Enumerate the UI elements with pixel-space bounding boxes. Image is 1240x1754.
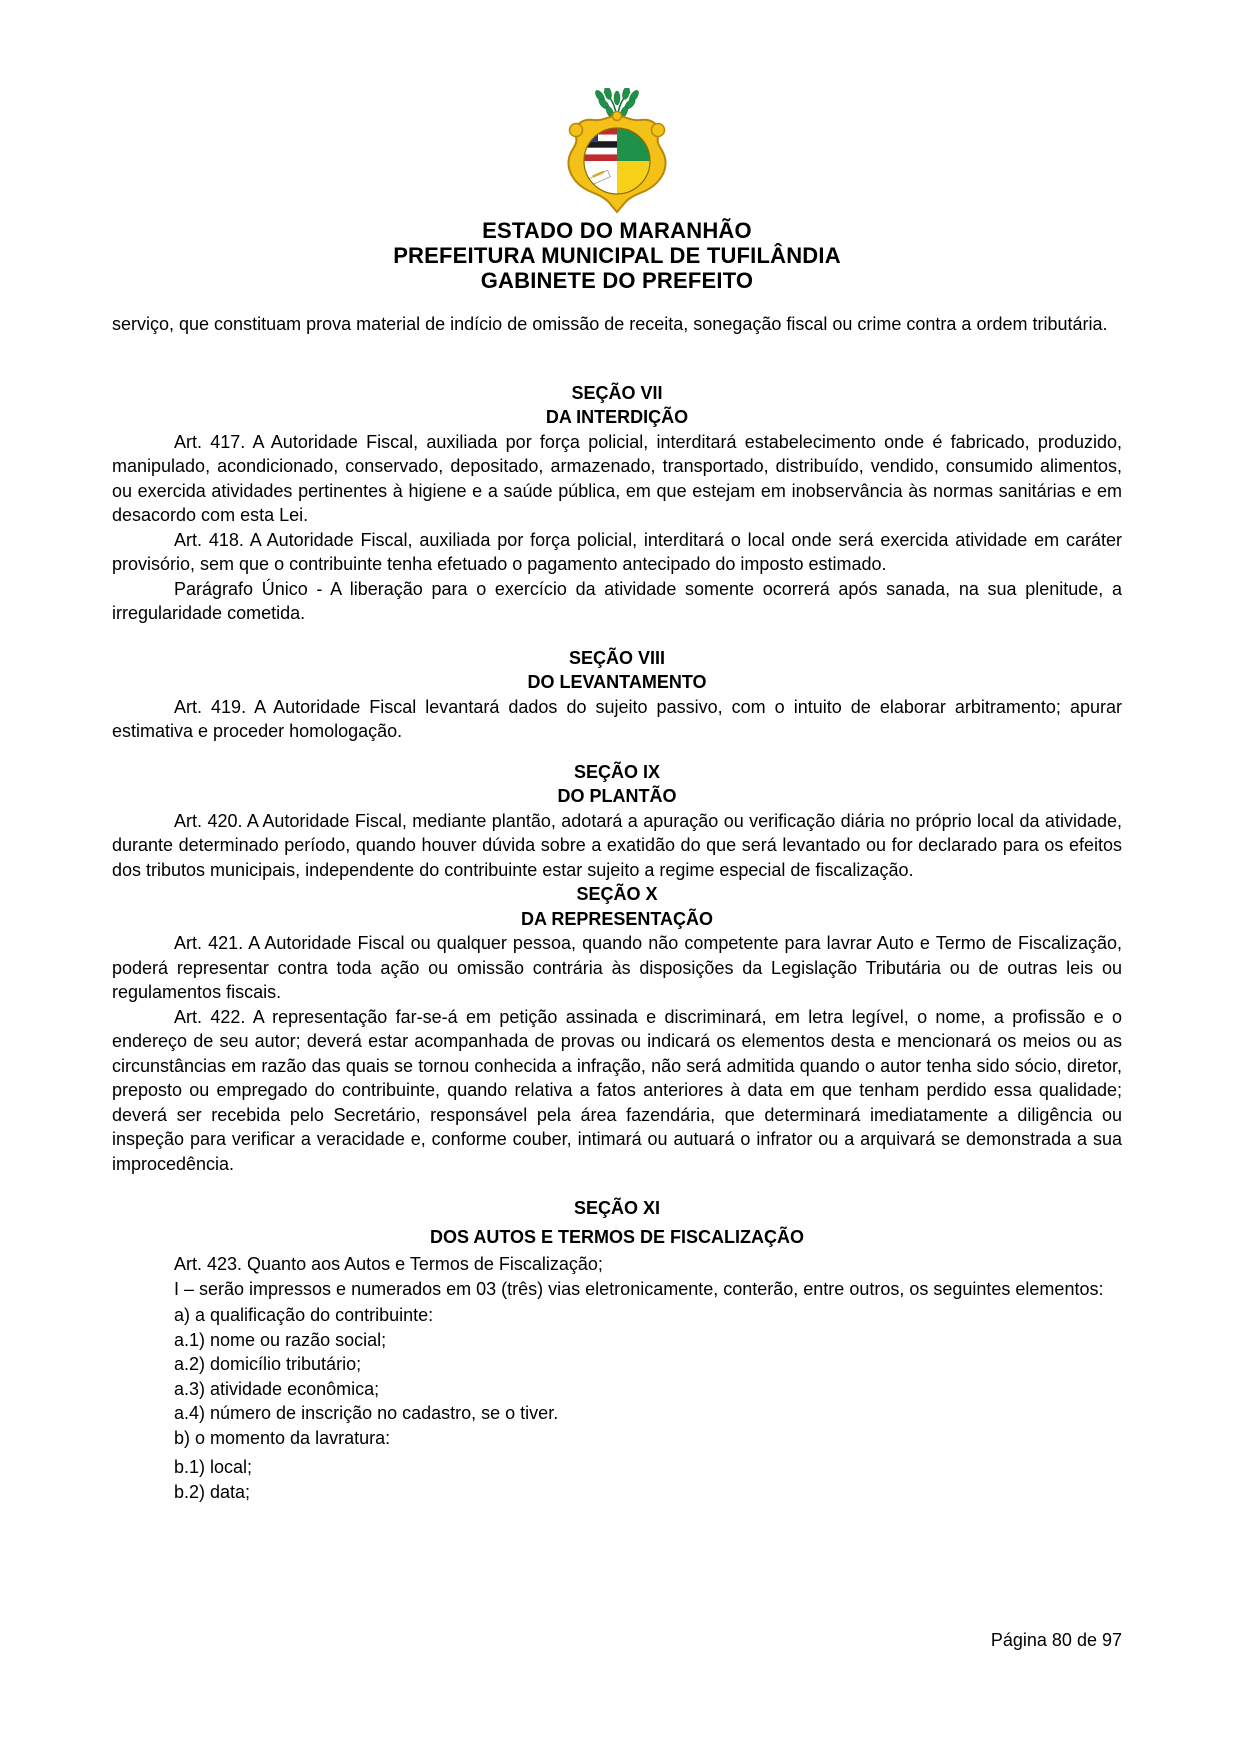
item-a2: a.2) domicílio tributário; [174,1352,1122,1377]
article-417: Art. 417. A Autoridade Fiscal, auxiliada… [112,430,1122,528]
paragrafo-unico: Parágrafo Único - A liberação para o exe… [112,577,1122,626]
section-7-title: DA INTERDIÇÃO [112,405,1122,430]
section-9-title: DO PLANTÃO [112,784,1122,809]
document-page: ESTADO DO MARANHÃO PREFEITURA MUNICIPAL … [0,0,1240,1754]
article-420: Art. 420. A Autoridade Fiscal, mediante … [112,809,1122,883]
section-10-title: DA REPRESENTAÇÃO [112,907,1122,932]
section-11-title: DOS AUTOS E TERMOS DE FISCALIZAÇÃO [112,1225,1122,1250]
page-number: Página 80 de 97 [991,1628,1122,1652]
article-422: Art. 422. A representação far-se-á em pe… [112,1005,1122,1177]
document-body: serviço, que constituam prova material d… [112,312,1122,1504]
document-header [112,88,1122,218]
maranhao-coat-of-arms-icon [542,88,692,216]
article-419: Art. 419. A Autoridade Fiscal levantará … [112,695,1122,744]
section-10-label: SEÇÃO X [112,882,1122,907]
section-11-label: SEÇÃO XI [112,1196,1122,1221]
quartered-roundel-icon [584,128,650,194]
section-8-title: DO LEVANTAMENTO [112,670,1122,695]
item-a3: a.3) atividade econômica; [174,1377,1122,1402]
item-a: a) a qualificação do contribuinte: [174,1303,1122,1328]
section-7-label: SEÇÃO VII [112,381,1122,406]
article-418: Art. 418. A Autoridade Fiscal, auxiliada… [112,528,1122,577]
item-a1: a.1) nome ou razão social; [174,1328,1122,1353]
item-b2: b.2) data; [174,1480,1122,1505]
item-i: I – serão impressos e numerados em 03 (t… [112,1277,1122,1302]
section-8-label: SEÇÃO VIII [112,646,1122,671]
org-state-line: ESTADO DO MARANHÃO [112,218,1122,243]
intro-paragraph: serviço, que constituam prova material d… [112,312,1122,337]
section-9-label: SEÇÃO IX [112,760,1122,785]
article-423: Art. 423. Quanto aos Autos e Termos de F… [112,1252,1122,1277]
article-421: Art. 421. A Autoridade Fiscal ou qualque… [112,931,1122,1005]
org-office-line: GABINETE DO PREFEITO [112,268,1122,293]
item-b1: b.1) local; [174,1455,1122,1480]
item-b: b) o momento da lavratura: [174,1426,1122,1451]
item-a4: a.4) número de inscrição no cadastro, se… [174,1401,1122,1426]
org-name-line: PREFEITURA MUNICIPAL DE TUFILÂNDIA [112,243,1122,268]
